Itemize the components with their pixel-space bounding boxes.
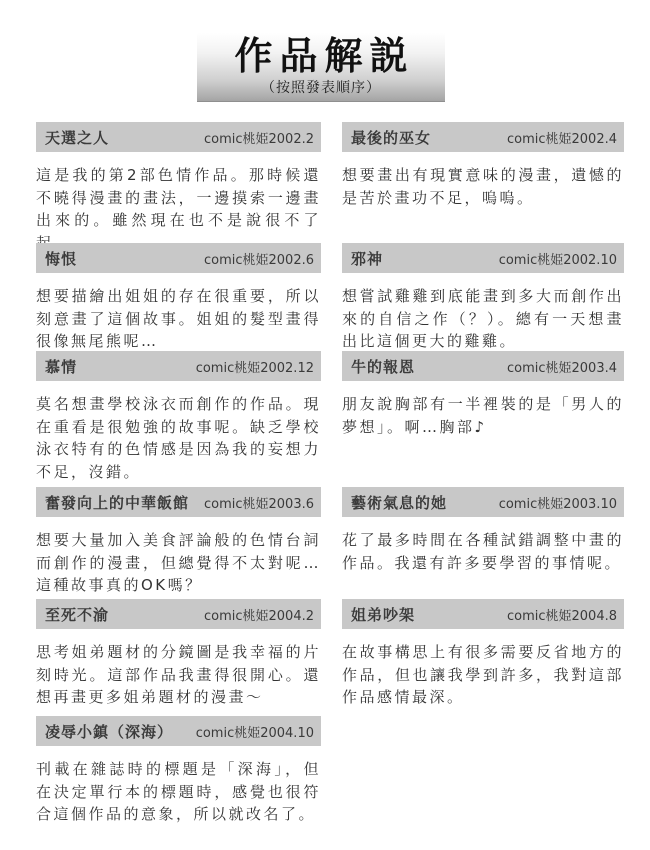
entry-title: 慕情 <box>45 356 77 377</box>
entry-description: 想要大量加入美食評論般的色情台詞而創作的漫畫，但總覺得不太對呢…這種故事真的OK… <box>36 529 321 597</box>
work-entry: 最後的巫女 comic桃姫2002.4 想要畫出有現實意味的漫畫，遺憾的是苦於畫… <box>342 122 624 209</box>
entry-title: 藝術氣息的她 <box>351 492 447 513</box>
entry-header-bar: 慕情 comic桃姫2002.12 <box>36 351 321 381</box>
entry-header-bar: 姐弟吵架 comic桃姫2004.8 <box>342 599 624 629</box>
entry-description: 在故事構思上有很多需要反省地方的作品，但也讓我學到許多，我對這部作品感情最深。 <box>342 641 624 709</box>
entry-description: 想要描繪出姐姐的存在很重要，所以刻意畫了這個故事。姐姐的髮型畫得很像無尾熊呢… <box>36 285 321 353</box>
entry-description: 花了最多時間在各種試錯調整中畫的作品。我還有許多要學習的事情呢。 <box>342 529 624 574</box>
entry-source-date: comic桃姫2004.10 <box>196 722 314 741</box>
entry-title: 奮發向上的中華飯館 <box>45 492 189 513</box>
entry-description: 想要畫出有現實意味的漫畫，遺憾的是苦於畫功不足，嗚嗚。 <box>342 164 624 209</box>
work-entry: 天選之人 comic桃姫2002.2 這是我的第2部色情作品。那時候還不曉得漫畫… <box>36 122 321 254</box>
work-entry: 邪神 comic桃姫2002.10 想嘗試雞雞到底能畫到多大而創作出來的自信之作… <box>342 243 624 353</box>
entry-header-bar: 悔恨 comic桃姫2002.6 <box>36 243 321 273</box>
entry-header-bar: 牛的報恩 comic桃姫2003.4 <box>342 351 624 381</box>
work-entry: 奮發向上的中華飯館 comic桃姫2003.6 想要大量加入美食評論般的色情台詞… <box>36 487 321 597</box>
entry-source-date: comic桃姫2003.4 <box>507 357 617 376</box>
entry-source-date: comic桃姫2002.2 <box>204 128 314 147</box>
work-entry: 慕情 comic桃姫2002.12 莫名想畫學校泳衣而創作的作品。現在重看是很勉… <box>36 351 321 483</box>
entry-header-bar: 天選之人 comic桃姫2002.2 <box>36 122 321 152</box>
entries-column-left: 天選之人 comic桃姫2002.2 這是我的第2部色情作品。那時候還不曉得漫畫… <box>36 0 321 850</box>
work-entry: 藝術氣息的她 comic桃姫2003.10 花了最多時間在各種試錯調整中畫的作品… <box>342 487 624 574</box>
entry-source-date: comic桃姫2003.6 <box>204 493 314 512</box>
entry-source-date: comic桃姫2002.10 <box>499 249 617 268</box>
entry-source-date: comic桃姫2002.12 <box>196 357 314 376</box>
entry-description: 刊載在雜誌時的標題是「深海」，但在決定單行本的標題時，感覺也很符合這個作品的意象… <box>36 758 321 826</box>
entries-column-right: 最後的巫女 comic桃姫2002.4 想要畫出有現實意味的漫畫，遺憾的是苦於畫… <box>342 0 624 850</box>
entry-title: 姐弟吵架 <box>351 604 415 625</box>
commentary-page: 作品解説 （按照發表順序） 天選之人 comic桃姫2002.2 這是我的第2部… <box>0 0 650 850</box>
entry-title: 天選之人 <box>45 127 109 148</box>
work-entry: 至死不渝 comic桃姫2004.2 思考姐弟題材的分鏡圖是我幸福的片刻時光。這… <box>36 599 321 709</box>
entry-title: 牛的報恩 <box>351 356 415 377</box>
entry-header-bar: 至死不渝 comic桃姫2004.2 <box>36 599 321 629</box>
entry-header-bar: 邪神 comic桃姫2002.10 <box>342 243 624 273</box>
entry-source-date: comic桃姫2004.8 <box>507 605 617 624</box>
entry-description: 思考姐弟題材的分鏡圖是我幸福的片刻時光。這部作品我畫得很開心。還想再畫更多姐弟題… <box>36 641 321 709</box>
work-entry: 牛的報恩 comic桃姫2003.4 朋友說胸部有一半裡裝的是「男人的夢想」。啊… <box>342 351 624 438</box>
entry-source-date: comic桃姫2002.4 <box>507 128 617 147</box>
work-entry: 姐弟吵架 comic桃姫2004.8 在故事構思上有很多需要反省地方的作品，但也… <box>342 599 624 709</box>
entry-description: 朋友說胸部有一半裡裝的是「男人的夢想」。啊…胸部♪ <box>342 393 624 438</box>
entry-title: 最後的巫女 <box>351 127 431 148</box>
entry-title: 悔恨 <box>45 248 77 269</box>
entry-header-bar: 凌辱小鎮（深海） comic桃姫2004.10 <box>36 716 321 746</box>
entry-header-bar: 最後的巫女 comic桃姫2002.4 <box>342 122 624 152</box>
entry-title: 凌辱小鎮（深海） <box>45 721 173 742</box>
work-entry: 悔恨 comic桃姫2002.6 想要描繪出姐姐的存在很重要，所以刻意畫了這個故… <box>36 243 321 353</box>
entry-description: 這是我的第2部色情作品。那時候還不曉得漫畫的畫法，一邊摸索一邊畫出來的。雖然現在… <box>36 164 321 254</box>
entry-title: 邪神 <box>351 248 383 269</box>
entry-description: 莫名想畫學校泳衣而創作的作品。現在重看是很勉強的故事呢。缺乏學校泳衣特有的色情感… <box>36 393 321 483</box>
entry-header-bar: 奮發向上的中華飯館 comic桃姫2003.6 <box>36 487 321 517</box>
entry-source-date: comic桃姫2002.6 <box>204 249 314 268</box>
work-entry: 凌辱小鎮（深海） comic桃姫2004.10 刊載在雜誌時的標題是「深海」，但… <box>36 716 321 826</box>
entry-title: 至死不渝 <box>45 604 109 625</box>
entry-description: 想嘗試雞雞到底能畫到多大而創作出來的自信之作（？）。總有一天想畫出比這個更大的雞… <box>342 285 624 353</box>
entry-source-date: comic桃姫2003.10 <box>499 493 617 512</box>
entry-source-date: comic桃姫2004.2 <box>204 605 314 624</box>
entry-header-bar: 藝術氣息的她 comic桃姫2003.10 <box>342 487 624 517</box>
